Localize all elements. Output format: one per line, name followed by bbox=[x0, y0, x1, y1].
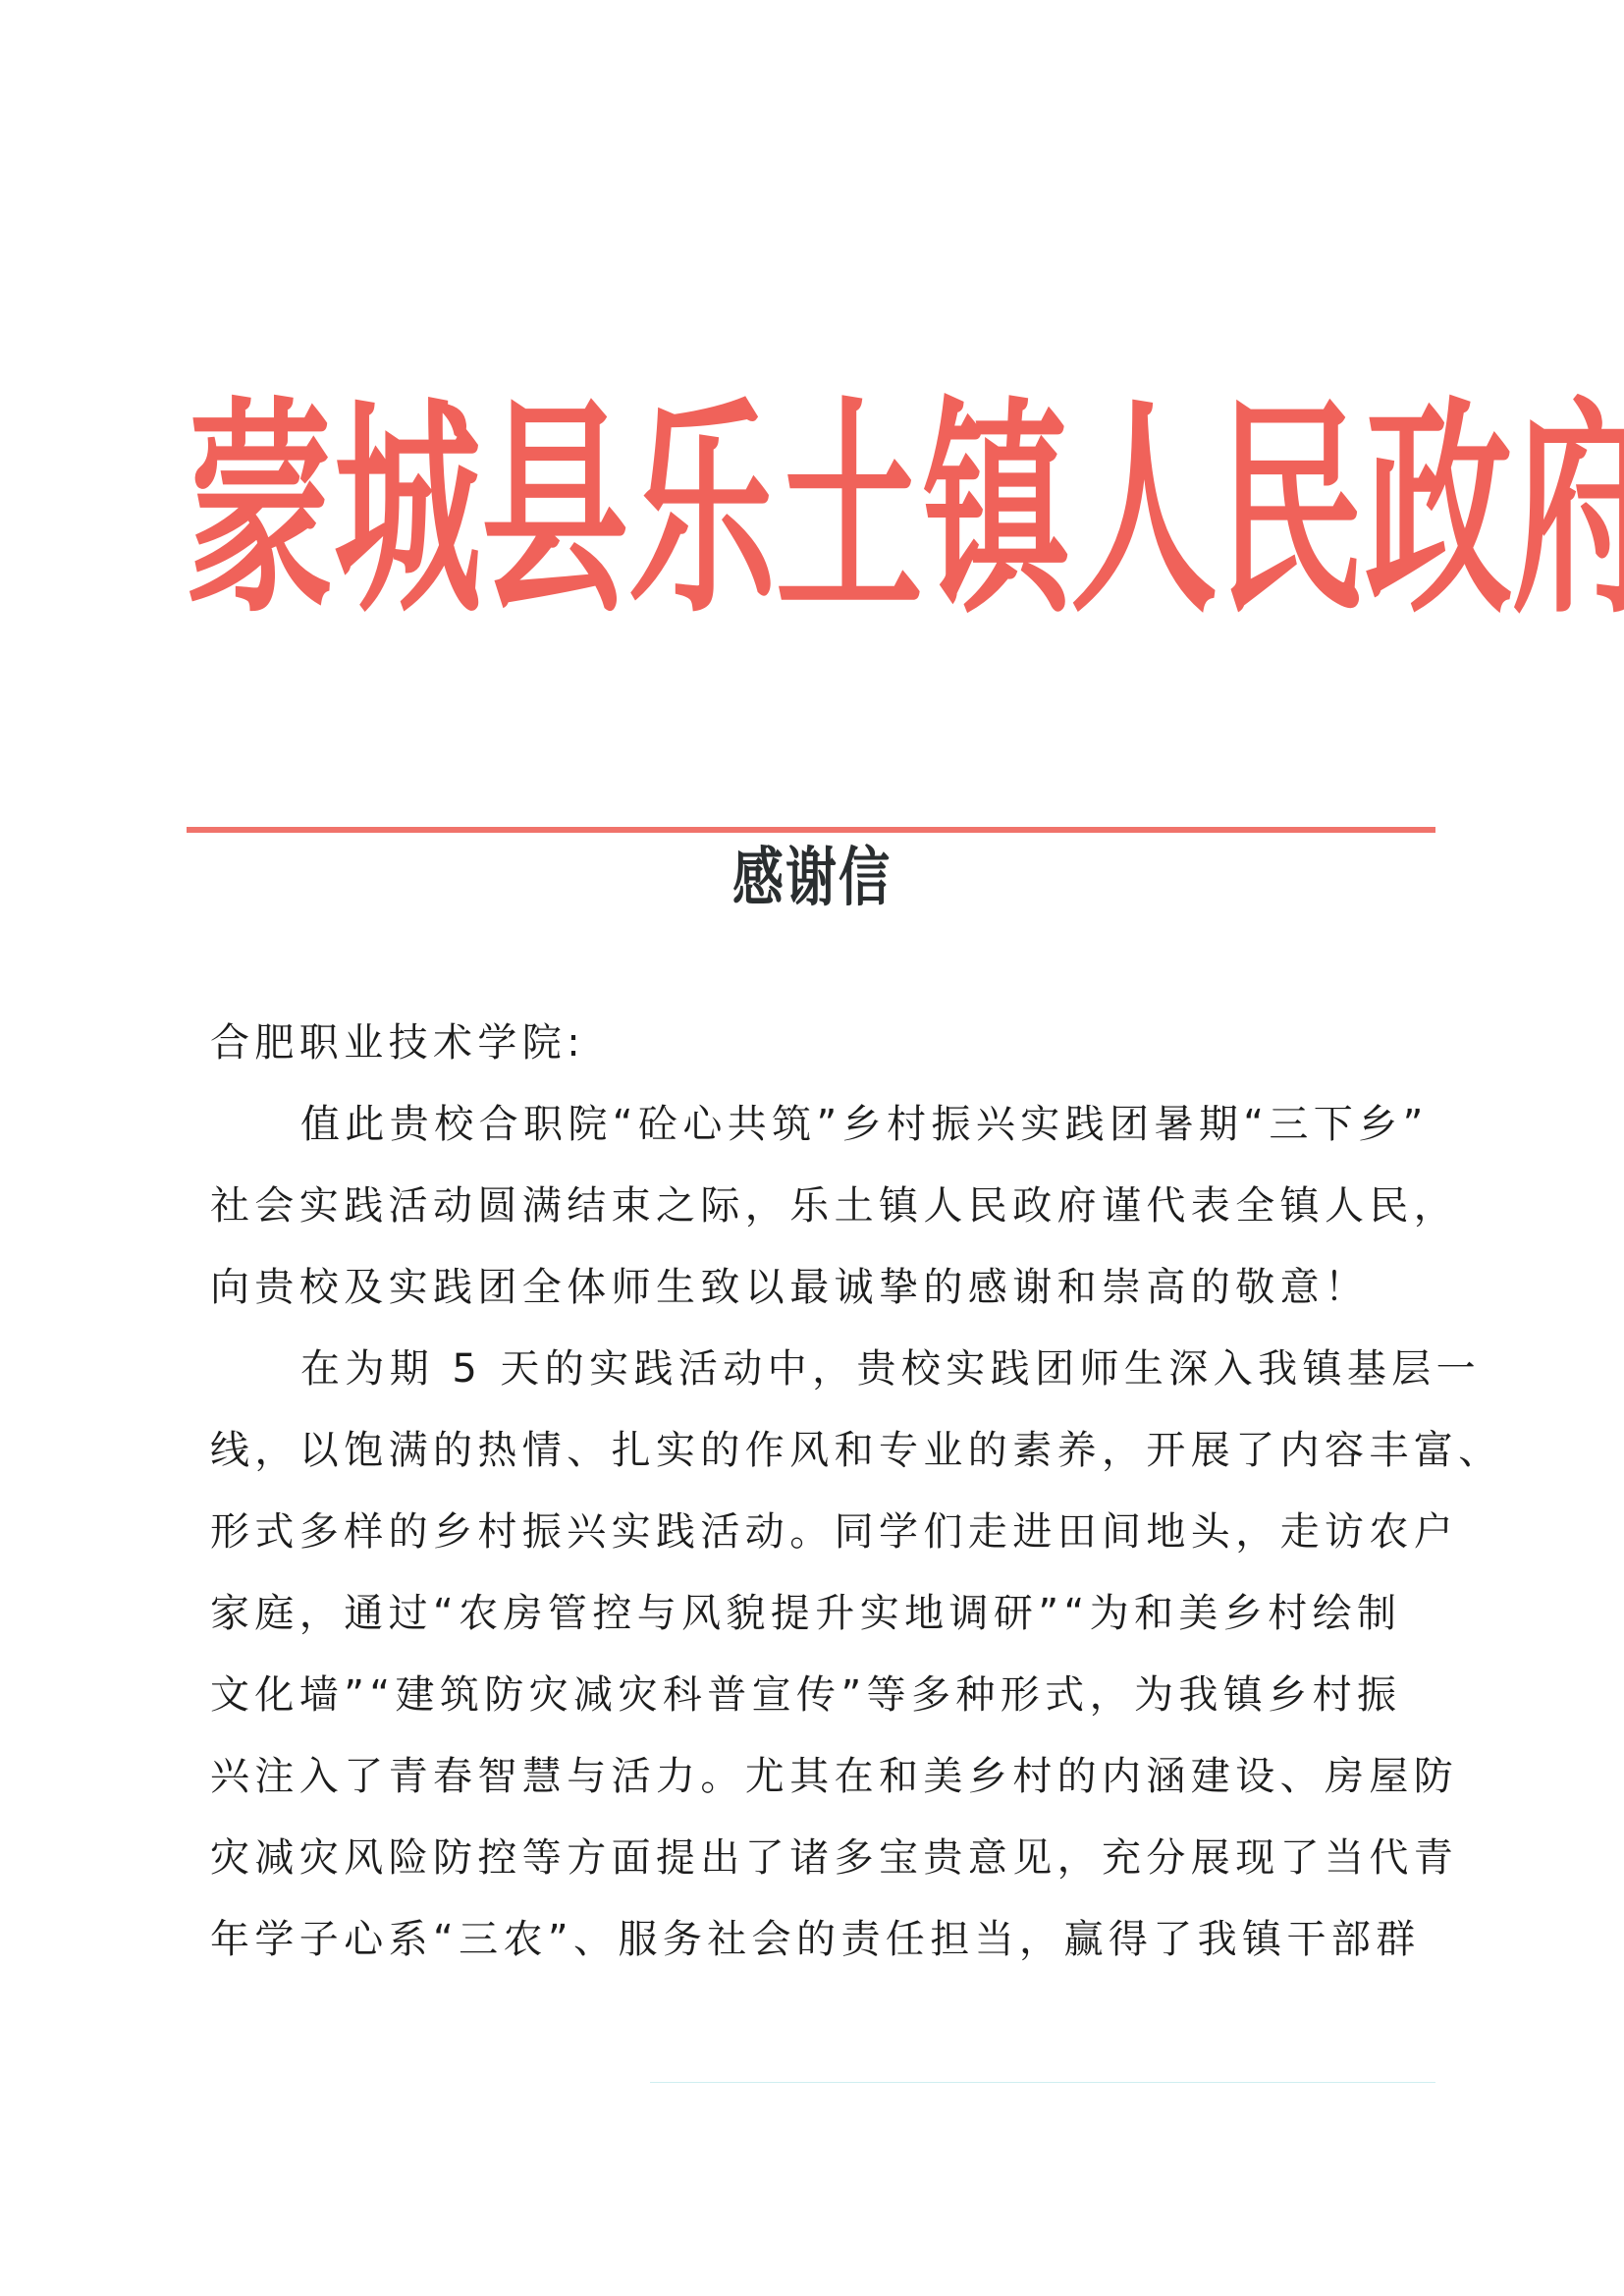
masthead-char: 政 bbox=[1365, 397, 1512, 626]
masthead-char: 蒙 bbox=[187, 397, 334, 626]
body-line: 家庭，通过“农房管控与风貌提升实地调研”“为和美乡村绘制 bbox=[210, 1582, 1401, 1638]
document-page: 蒙 城 县 乐 土 镇 人 民 政 府 文 件 感谢信 合肥职业技术学院: 值此… bbox=[0, 0, 1624, 2296]
masthead-char: 土 bbox=[776, 397, 923, 626]
body-line: 值此贵校合职院“砼心共筑”乡村振兴实践团暑期“三下乡” bbox=[300, 1093, 1429, 1149]
issuer-masthead: 蒙 城 县 乐 土 镇 人 民 政 府 文 件 bbox=[187, 393, 1443, 629]
body-line: 在为期 5 天的实践活动中，贵校实践团师生深入我镇基层一 bbox=[300, 1338, 1481, 1394]
body-line: 社会实践活动圆满结束之际，乐土镇人民政府谨代表全镇人民， bbox=[210, 1175, 1458, 1230]
body-line: 线，以饱满的热情、扎实的作风和专业的素养，开展了内容丰富、 bbox=[210, 1419, 1503, 1475]
body-line: 形式多样的乡村振兴实践活动。同学们走进田间地头，走访农户 bbox=[210, 1501, 1458, 1557]
body-line: 文化墙”“建筑防灾减灾科普宣传”等多种形式，为我镇乡村振 bbox=[210, 1664, 1401, 1720]
scan-artifact-line bbox=[650, 2082, 1435, 2083]
document-title-text: 感谢信 bbox=[732, 826, 892, 918]
masthead-char: 县 bbox=[481, 397, 628, 626]
masthead-char: 乐 bbox=[628, 397, 776, 626]
body-line: 年学子心系“三农”、服务社会的责任担当，赢得了我镇干部群 bbox=[210, 1908, 1421, 1964]
masthead-char: 镇 bbox=[923, 397, 1070, 626]
salutation: 合肥职业技术学院: bbox=[210, 1011, 585, 1067]
body-line: 兴注入了青春智慧与活力。尤其在和美乡村的内涵建设、房屋防 bbox=[210, 1745, 1458, 1801]
masthead-char: 人 bbox=[1070, 397, 1218, 626]
masthead-char: 城 bbox=[334, 397, 481, 626]
masthead-char: 府 bbox=[1512, 397, 1624, 626]
masthead-char: 民 bbox=[1218, 397, 1365, 626]
body-line: 灾减灾风险防控等方面提出了诸多宝贵意见，充分展现了当代青 bbox=[210, 1827, 1458, 1883]
body-line: 向贵校及实践团全体师生致以最诚挚的感谢和崇高的敬意！ bbox=[210, 1256, 1369, 1312]
document-title: 感谢信 bbox=[0, 835, 1624, 908]
